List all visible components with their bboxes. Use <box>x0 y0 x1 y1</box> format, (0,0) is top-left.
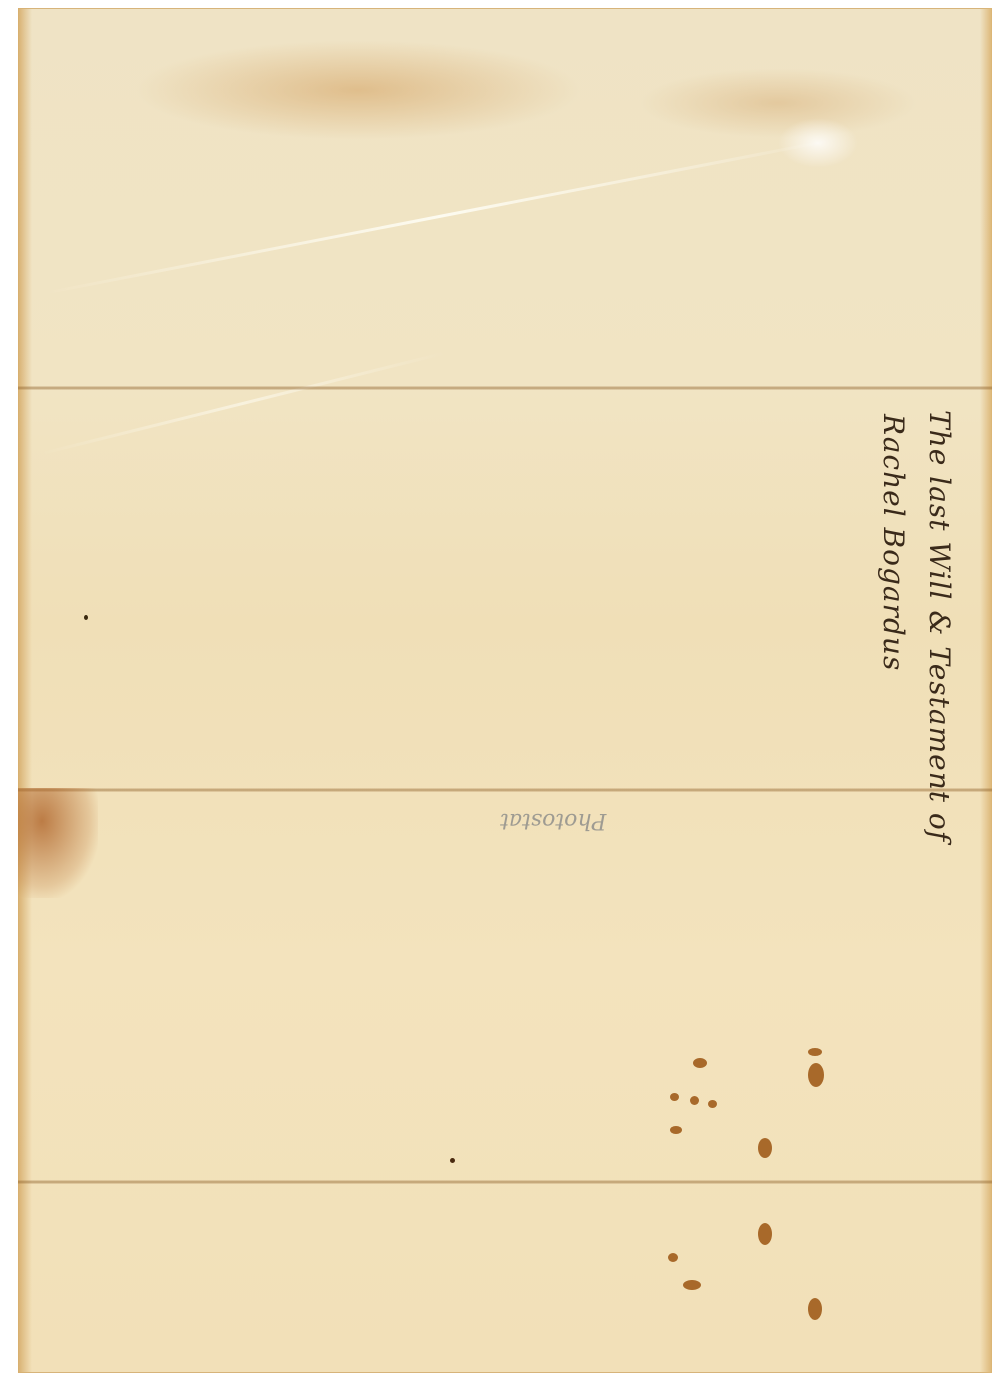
paper-crease <box>38 351 446 456</box>
docket-line-1: The last Will & Testament of <box>923 410 956 842</box>
foxing-spot <box>808 1063 824 1087</box>
water-stain <box>133 40 583 140</box>
foxing-spot <box>690 1096 699 1105</box>
foxing-spot <box>670 1093 679 1101</box>
foxing-spot <box>683 1280 701 1290</box>
foxing-spot <box>758 1223 772 1245</box>
paper-edge-left <box>18 8 32 1373</box>
fold-line <box>18 386 992 390</box>
fold-line <box>18 1180 992 1184</box>
foxing-spot <box>84 615 88 620</box>
foxing-spot <box>808 1298 822 1320</box>
foxing-spot <box>668 1253 678 1262</box>
foxing-spot <box>693 1058 707 1068</box>
docket-line-2: Rachel Bogardus <box>877 414 910 671</box>
foxing-spot <box>450 1158 455 1163</box>
rust-stain <box>18 788 98 898</box>
pencil-note: Photostat <box>500 808 606 833</box>
fold-line <box>18 788 992 792</box>
foxing-spot <box>670 1126 682 1134</box>
paper-edge-right <box>980 8 992 1373</box>
foxing-spot <box>758 1138 772 1158</box>
docket-endorsement: The last Will & Testament of Rachel Boga… <box>860 410 970 740</box>
water-stain <box>638 68 918 138</box>
foxing-spot <box>808 1048 822 1056</box>
document-sheet <box>18 8 992 1373</box>
paper-crease <box>38 137 844 296</box>
foxing-spot <box>708 1100 717 1108</box>
